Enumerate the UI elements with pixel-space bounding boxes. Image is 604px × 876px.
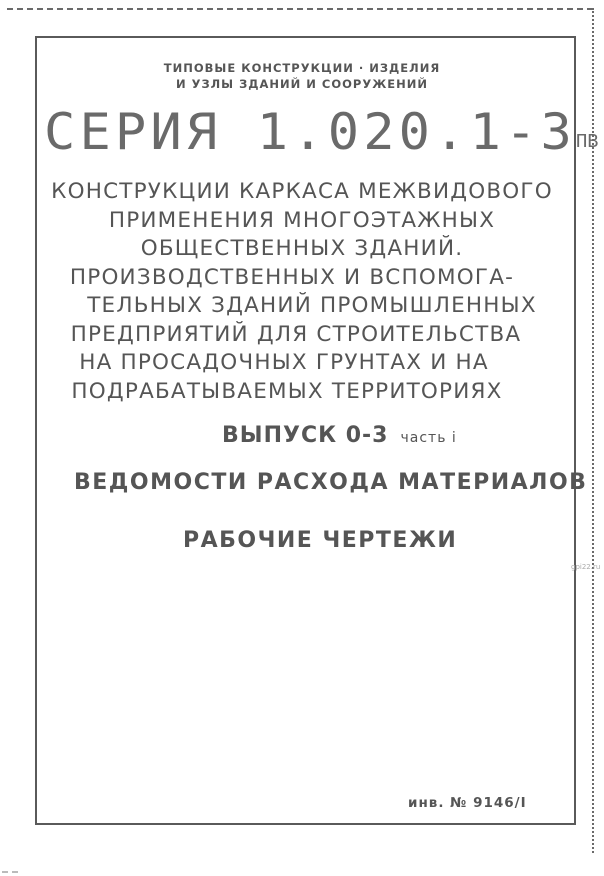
title-line: ПРЕДПРИЯТИЙ ДЛЯ СТРОИТЕЛЬСТВА [0,321,604,350]
document-title: КОНСТРУКЦИИ КАРКАСА МЕЖВИДОВОГО ПРИМЕНЕН… [0,178,604,406]
issue-part: часть I [400,430,456,446]
scan-speck [2,871,8,873]
scan-speck [12,871,18,873]
title-line: ПРОИЗВОДСТВЕННЫХ И ВСПОМОГА- [0,264,604,293]
series-label: СЕРИЯ 1.020.1-3 [44,103,576,161]
series-number: СЕРИЯ 1.020.1-3пв [44,102,599,172]
title-line: КОНСТРУКЦИИ КАРКАСА МЕЖВИДОВОГО [0,178,604,207]
outer-frame-top-line [7,8,593,10]
issue-label: ВЫПУСК 0-3 [222,423,388,448]
title-line: ОБЩЕСТВЕННЫХ ЗДАНИЙ. [0,235,604,264]
document-type: РАБОЧИЕ ЧЕРТЕЖИ [183,528,457,553]
document-subtitle: ВЕДОМОСТИ РАСХОДА МАТЕРИАЛОВ [74,470,587,495]
issue-number: ВЫПУСК 0-3часть I [222,423,457,448]
watermark: gpi22.ru [571,563,600,571]
inventory-number: инв. № 9146/I [408,795,527,811]
title-line: НА ПРОСАДОЧНЫХ ГРУНТАХ И НА [0,349,604,378]
header-line-2: и узлы зданий и сооружений [0,76,604,92]
title-line: ПОДРАБАТЫВАЕМЫХ ТЕРРИТОРИЯХ [0,378,604,407]
series-suffix: пв [576,131,599,152]
header-line-1: Типовые конструкции · изделия [0,60,604,76]
title-line: ПРИМЕНЕНИЯ МНОГОЭТАЖНЫХ [0,207,604,236]
title-line: ТЕЛЬНЫХ ЗДАНИЙ ПРОМЫШЛЕННЫХ [0,292,604,321]
